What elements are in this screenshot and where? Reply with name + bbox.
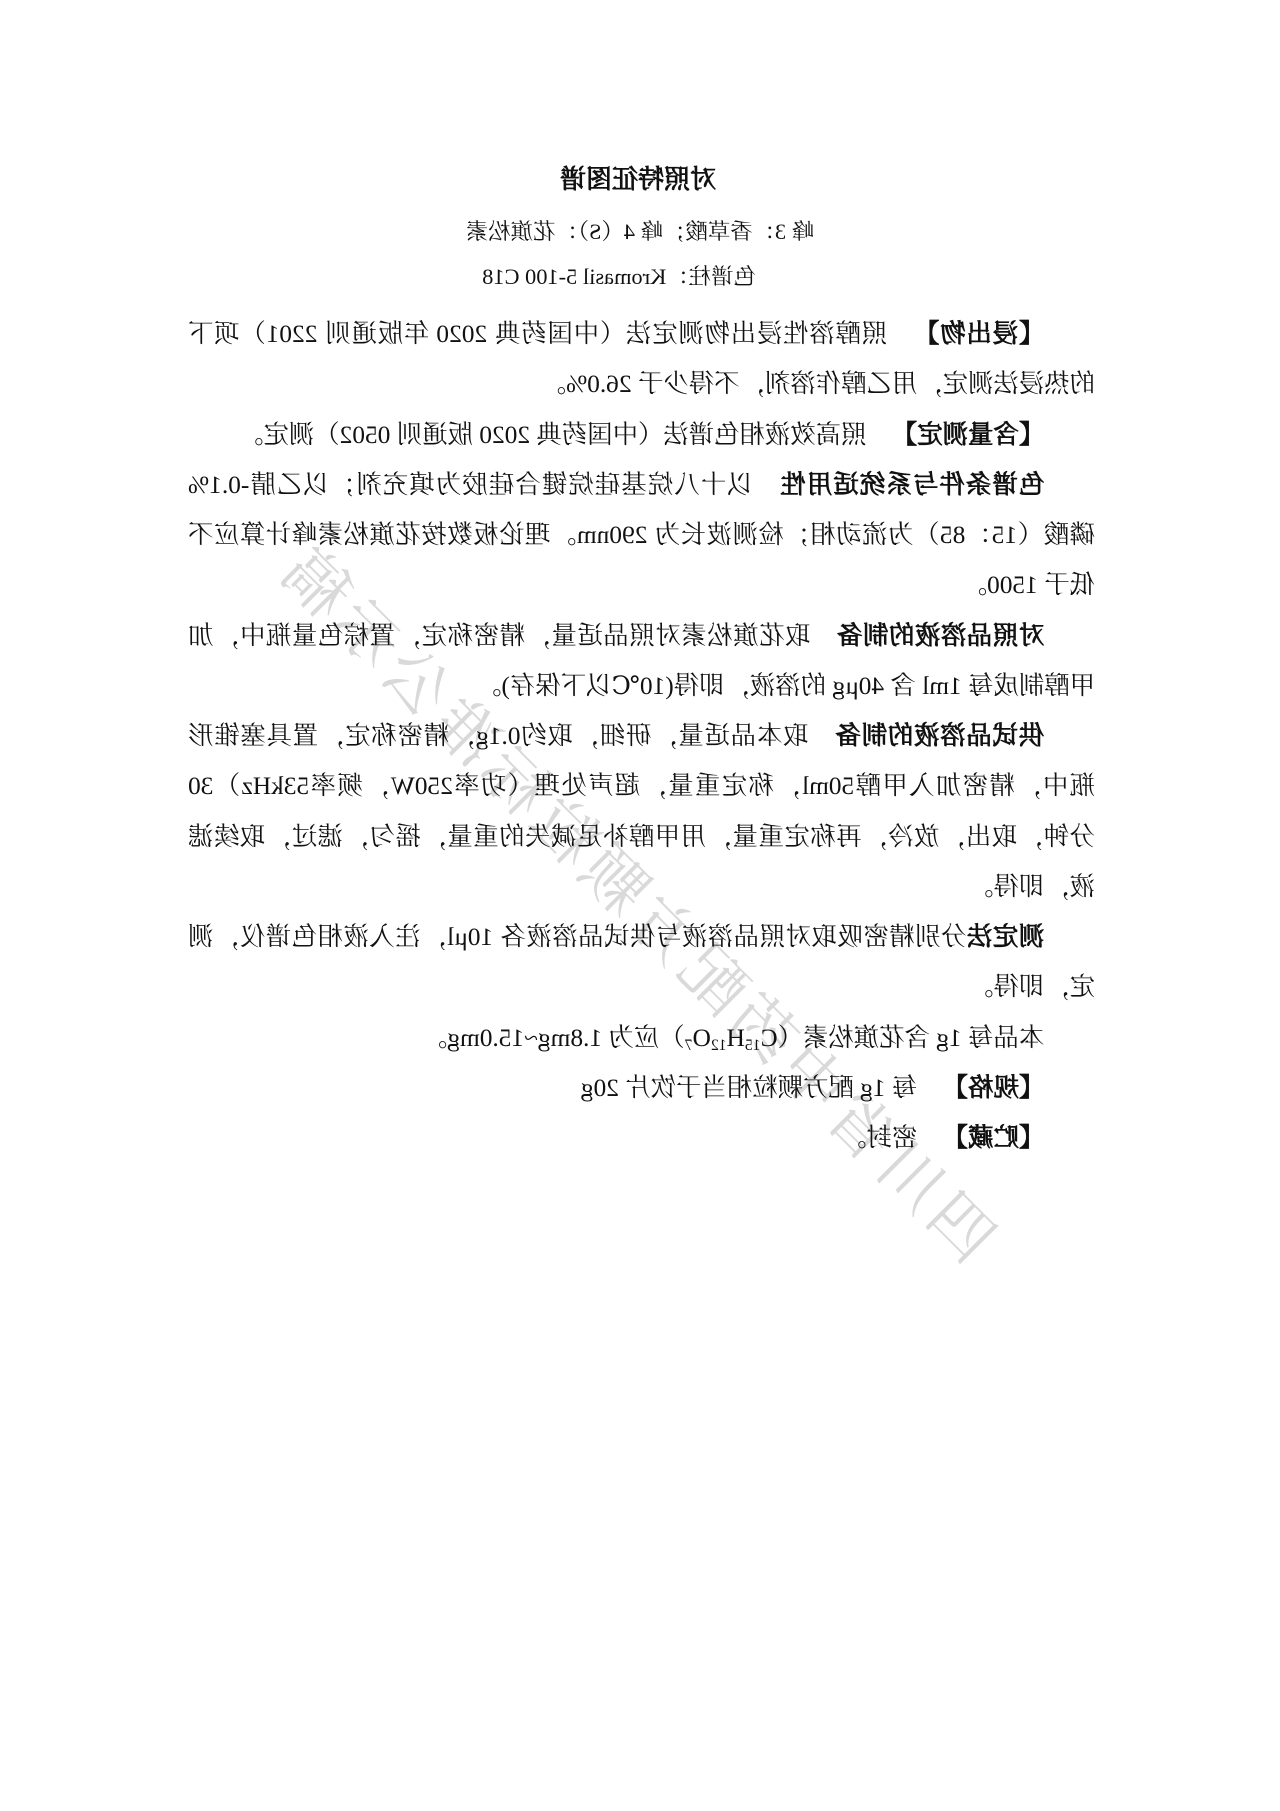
section-specification: 【规格】每 1g 配方颗粒相当于饮片 20g (188, 1063, 1095, 1113)
section-text: 取本品适量，研细，取约0.1g，精密称定，置具塞锥形 (188, 722, 809, 750)
oxygen-count: 7 (685, 1036, 693, 1053)
content-limit: 本品每 1g 含花旗松素（C15H12O7）应为 1.8mg~15.0mg。 (188, 1013, 1095, 1063)
section-test-solution-continuation: 液，即得。 (188, 862, 1095, 912)
section-reference-solution: 对照品溶液的制备取花旗松素对照品适量，精密称定，置棕色量瓶中，加 (188, 611, 1095, 661)
section-heading: 测定法 (966, 923, 1044, 951)
section-test-solution-continuation: 瓶中，精密加入甲醇50ml，称定重量，超声处理（功率250W，频率53kHz）3… (188, 761, 1095, 811)
section-method-continuation: 定，即得。 (188, 962, 1095, 1012)
content-limit-range: ）应为 1.8mg~15.0mg。 (422, 1024, 685, 1052)
section-heading: 【贮藏】 (943, 1124, 1045, 1152)
section-text: 照醇溶性浸出物测定法（中国药典 2020 年版通则 2201）项下 (188, 320, 888, 348)
section-heading: 色谱条件与系统适用性 (779, 471, 1044, 499)
section-method: 测定法分别精密吸取对照品溶液与供试品溶液各 10μl，注入液相色谱仪，测 (188, 912, 1095, 962)
section-heading: 【浸出物】 (913, 320, 1044, 348)
document-body: 【浸出物】照醇溶性浸出物测定法（中国药典 2020 年版通则 2201）项下 的… (188, 309, 1095, 1163)
section-text: 密封。 (841, 1124, 917, 1152)
column-info: 色谱柱：Kromasil 5-100 C18 (0, 262, 1280, 292)
section-heading: 【规格】 (943, 1074, 1045, 1102)
section-chromatographic-conditions: 色谱条件与系统适用性以十八烷基硅烷键合硅胶为填充剂；以乙腈-0.1% (188, 460, 1095, 510)
section-chromatographic-conditions-continuation: 低于 1500。 (188, 560, 1095, 610)
section-extract-continuation: 的热浸法测定，用乙醇作溶剂，不得少于 26.0%。 (188, 359, 1095, 409)
hydrogen-count: 12 (711, 1036, 727, 1053)
section-storage: 【贮藏】密封。 (188, 1113, 1095, 1163)
section-heading: 【含量测定】 (892, 421, 1044, 449)
section-test-solution: 供试品溶液的制备取本品适量，研细，取约0.1g，精密称定，置具塞锥形 (188, 711, 1095, 761)
section-test-solution-continuation: 分钟，取出，放冷，再称定重量，用甲醇补足减失的重量，摇匀，滤过，取续滤 (188, 812, 1095, 862)
oxygen-label: O (693, 1024, 711, 1052)
content-limit-text: 本品每 1g 含花旗松素（C (761, 1024, 1045, 1052)
section-text: 每 1g 配方颗粒相当于饮片 20g (581, 1074, 917, 1102)
section-heading: 供试品溶液的制备 (835, 722, 1045, 750)
section-heading: 对照品溶液的制备 (837, 622, 1045, 650)
section-text: 以十八烷基硅烷键合硅胶为填充剂；以乙腈-0.1% (188, 471, 754, 499)
figure-title: 对照特征图谱 (0, 164, 1280, 194)
section-text: 分别精密吸取对照品溶液与供试品溶液各 10μl，注入液相色谱仪，测 (188, 923, 966, 951)
section-reference-solution-continuation: 甲醇制成每 1ml 含 40μg 的溶液，即得(10℃以下保存)。 (188, 661, 1095, 711)
document-page: 四川省中药配方颗粒标准公示稿 对照特征图谱 峰 3：香草酸；峰 4（S）：花旗松… (0, 0, 1280, 1811)
section-text: 取花旗松素对照品适量，精密称定，置棕色量瓶中，加 (188, 622, 811, 650)
hydrogen-label: H (727, 1024, 745, 1052)
section-assay: 【含量测定】照高效液相色谱法（中国药典 2020 版通则 0502）测定。 (188, 410, 1095, 460)
section-chromatographic-conditions-continuation: 磷酸（15：85）为流动相；检测波长为 290nm。理论板数按花旗松素峰计算应不 (188, 510, 1095, 560)
peak-legend: 峰 3：香草酸；峰 4（S）：花旗松素 (0, 217, 1280, 247)
section-text: 照高效液相色谱法（中国药典 2020 版通则 0502）测定。 (238, 421, 866, 449)
section-extract: 【浸出物】照醇溶性浸出物测定法（中国药典 2020 年版通则 2201）项下 (188, 309, 1095, 359)
carbon-count: 15 (745, 1036, 761, 1053)
